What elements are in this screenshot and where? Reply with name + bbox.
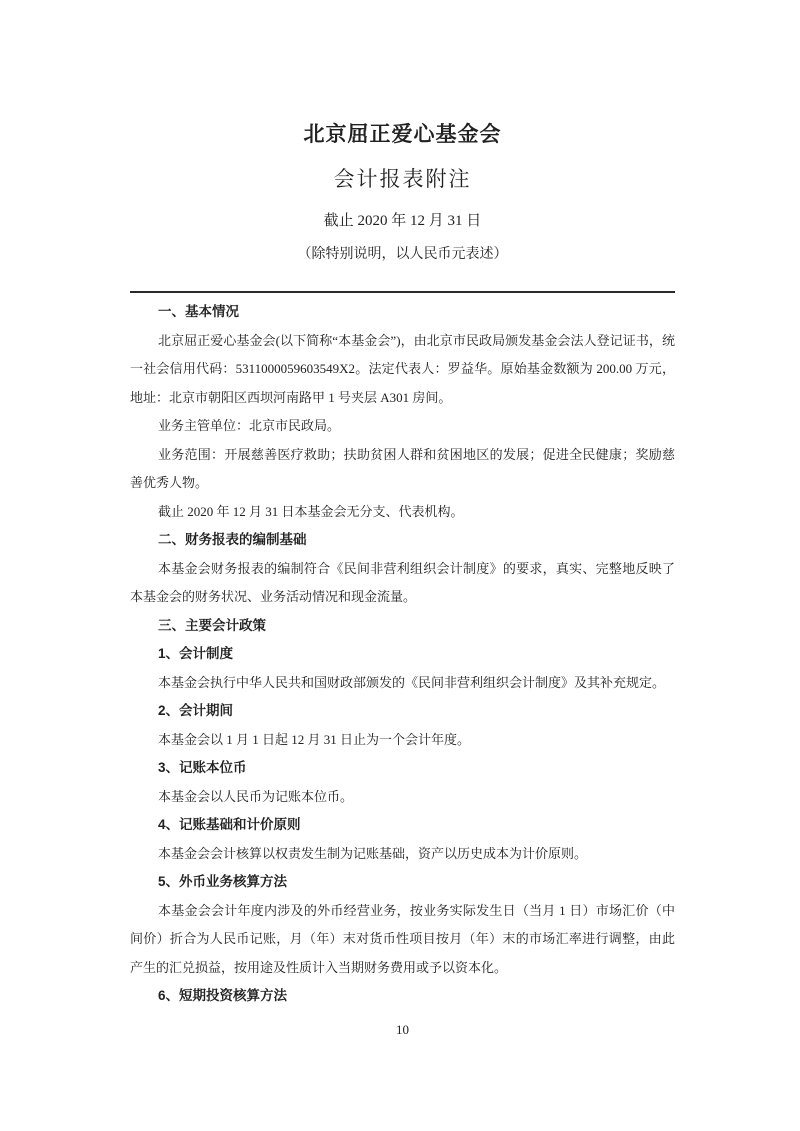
section-heading: 二、财务报表的编制基础 <box>130 526 675 555</box>
section-heading: 一、基本情况 <box>130 298 675 327</box>
paragraph: 业务主管单位：北京市民政局。 <box>130 412 675 441</box>
document-page: 北京屈正爱心基金会 会计报表附注 截止 2020 年 12 月 31 日 （除特… <box>0 0 800 1131</box>
paragraph: 本基金会以 1 月 1 日起 12 月 31 日止为一个会计年度。 <box>130 726 675 755</box>
section-heading: 5、外币业务核算方法 <box>130 868 675 897</box>
paragraph: 本基金会会计年度内涉及的外币经营业务，按业务实际发生日（当月 1 日）市场汇价（… <box>130 897 675 983</box>
section-heading: 2、会计期间 <box>130 697 675 726</box>
paragraph: 业务范围：开展慈善医疗救助；扶助贫困人群和贫困地区的发展；促进全民健康；奖励慈善… <box>130 441 675 498</box>
page-title: 北京屈正爱心基金会 <box>130 118 675 148</box>
currency-note: （除特别说明，以人民币元表述） <box>130 243 675 263</box>
section-heading: 3、记账本位币 <box>130 754 675 783</box>
paragraph: 本基金会财务报表的编制符合《民间非营利组织会计制度》的要求，真实、完整地反映了本… <box>130 555 675 612</box>
document-body: 一、基本情况北京屈正爱心基金会(以下简称“本基金会”)，由北京市民政局颁发基金会… <box>130 298 675 1011</box>
section-heading: 4、记账基础和计价原则 <box>130 811 675 840</box>
document-header: 北京屈正爱心基金会 会计报表附注 截止 2020 年 12 月 31 日 （除特… <box>130 118 675 263</box>
paragraph: 本基金会会计核算以权责发生制为记账基础，资产以历史成本为计价原则。 <box>130 840 675 869</box>
page-subtitle: 会计报表附注 <box>130 163 675 193</box>
header-divider <box>130 291 675 293</box>
paragraph: 截止 2020 年 12 月 31 日本基金会无分支、代表机构。 <box>130 498 675 527</box>
section-heading: 1、会计制度 <box>130 640 675 669</box>
page-number: 10 <box>130 1022 675 1038</box>
paragraph: 本基金会执行中华人民共和国财政部颁发的《民间非营利组织会计制度》及其补充规定。 <box>130 669 675 698</box>
paragraph: 北京屈正爱心基金会(以下简称“本基金会”)，由北京市民政局颁发基金会法人登记证书… <box>130 327 675 413</box>
section-heading: 三、主要会计政策 <box>130 612 675 641</box>
document-content: 北京屈正爱心基金会 会计报表附注 截止 2020 年 12 月 31 日 （除特… <box>130 0 675 1011</box>
report-date-line: 截止 2020 年 12 月 31 日 <box>130 209 675 230</box>
paragraph: 本基金会以人民币为记账本位币。 <box>130 783 675 812</box>
section-heading: 6、短期投资核算方法 <box>130 982 675 1011</box>
